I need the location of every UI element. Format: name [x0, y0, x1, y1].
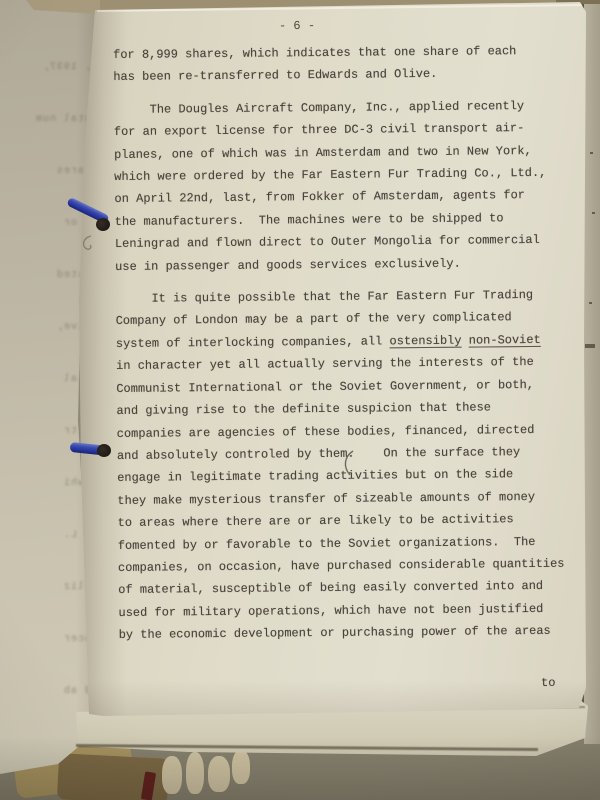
text-line: on April 22nd, last, from Fokker of Amst… [114, 184, 582, 211]
binding-thread-bottom [70, 436, 122, 476]
text-line: they make mysterious transfer of sizeabl… [117, 485, 585, 512]
ink-speck [589, 302, 592, 304]
text-line: use in passenger and goods services excl… [115, 251, 583, 278]
page-number: - 6 - [279, 19, 315, 33]
text-line: has been re-transferred to Edwards and O… [113, 62, 581, 89]
ink-speck [590, 152, 593, 154]
ghost-line: 5, 1937, [42, 62, 98, 73]
deckle-edge [162, 756, 182, 794]
deckle-edge [186, 752, 204, 794]
ink-speck [585, 344, 595, 348]
catchword: to [541, 676, 555, 690]
document-photo: 5, 1937,total numsharesis orvestedOlive,… [0, 0, 600, 800]
document-page: - 6 - for 8,999 shares, which indicates … [75, 0, 589, 720]
text-line: by the economic development or purchasin… [119, 620, 587, 647]
pencil-paren-mark [340, 449, 356, 477]
punch-hole [97, 444, 111, 457]
text-line: Leningrad and flown direct to Outer Mong… [115, 229, 583, 256]
deckle-edge [208, 756, 230, 792]
punch-hole [96, 218, 110, 231]
typed-text: for 8,999 shares, which indicates that o… [113, 40, 587, 647]
deckle-edge [232, 750, 250, 784]
right-page-sliver [584, 4, 600, 744]
text-line: Communist International or the Soviet Go… [116, 373, 584, 400]
pencil-curl-mark [79, 234, 97, 254]
ink-speck [592, 212, 595, 214]
